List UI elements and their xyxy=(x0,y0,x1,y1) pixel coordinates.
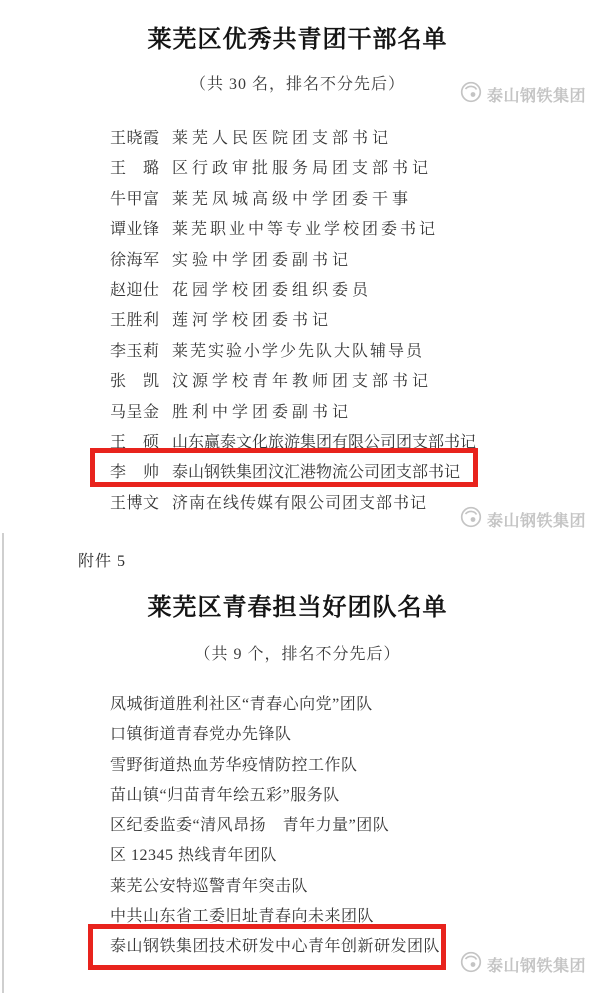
cadre-row: 赵迎仕花园学校团委组织委员 xyxy=(110,276,476,306)
cadre-title: 莱芜实验小学少先队大队辅导员 xyxy=(172,343,424,360)
cadre-title: 山东赢泰文化旅游集团有限公司团支部书记 xyxy=(172,434,476,451)
cadre-title: 实验中学团委副书记 xyxy=(172,252,352,269)
team-row: 雪野街道热血芳华疫情防控工作队 xyxy=(110,751,440,781)
cadre-title: 莱芜凤城高级中学团委干事 xyxy=(172,191,412,208)
cadre-title: 莲河学校团委书记 xyxy=(172,312,332,329)
cadre-name: 王胜利 xyxy=(110,306,159,336)
team-row-highlighted: 泰山钢铁集团技术研发中心青年创新研发团队 xyxy=(110,932,440,962)
cadre-list: 王晓霞莱芜人民医院团支部书记 王 璐区行政审批服务局团支部书记 牛甲富莱芜凤城高… xyxy=(110,124,476,519)
cadre-row: 王胜利莲河学校团委书记 xyxy=(110,306,476,336)
team-row: 区 12345 热线青年团队 xyxy=(110,841,440,871)
cadre-title: 济南在线传媒有限公司团支部书记 xyxy=(172,495,427,512)
team-row: 区纪委监委“清风昂扬 青年力量”团队 xyxy=(110,811,440,841)
watermark-top: 泰山钢铁集团 xyxy=(460,81,586,108)
cadre-row: 王 硕山东赢泰文化旅游集团有限公司团支部书记 xyxy=(110,428,476,458)
cadre-name: 王 璐 xyxy=(110,154,159,184)
cadre-row: 王晓霞莱芜人民医院团支部书记 xyxy=(110,124,476,154)
cadre-row: 牛甲富莱芜凤城高级中学团委干事 xyxy=(110,185,476,215)
taishan-logo-icon xyxy=(460,81,482,108)
cadre-title: 莱芜人民医院团支部书记 xyxy=(172,130,392,147)
cadre-name: 王晓霞 xyxy=(110,124,159,154)
cadre-name: 马呈金 xyxy=(110,398,159,428)
cadre-title: 汶源学校青年教师团支部书记 xyxy=(172,373,432,390)
cadre-row: 徐海军实验中学团委副书记 xyxy=(110,246,476,276)
cadre-row: 李玉莉莱芜实验小学少先队大队辅导员 xyxy=(110,337,476,367)
cadre-title: 胜利中学团委副书记 xyxy=(172,404,352,421)
cadre-name: 李 帅 xyxy=(110,458,159,488)
team-row: 莱芜公安特巡警青年突击队 xyxy=(110,872,440,902)
cadre-row: 王 璐区行政审批服务局团支部书记 xyxy=(110,154,476,184)
cadre-name: 徐海军 xyxy=(110,246,159,276)
team-row: 苗山镇“归苗青年绘五彩”服务队 xyxy=(110,781,440,811)
team-row: 中共山东省工委旧址青春向未来团队 xyxy=(110,902,440,932)
cadre-title: 泰山钢铁集团汶汇港物流公司团支部书记 xyxy=(172,464,460,481)
team-row: 凤城街道胜利社区“青春心向党”团队 xyxy=(110,690,440,720)
watermark-bottom: 泰山钢铁集团 xyxy=(460,951,586,978)
cadre-name: 牛甲富 xyxy=(110,185,159,215)
taishan-logo-icon xyxy=(460,951,482,978)
section1-title: 莱芜区优秀共青团干部名单 xyxy=(0,24,595,56)
cadre-name: 王 硕 xyxy=(110,428,159,458)
team-list: 凤城街道胜利社区“青春心向党”团队 口镇街道青春党办先锋队 雪野街道热血芳华疫情… xyxy=(110,690,440,963)
taishan-logo-icon xyxy=(460,506,482,533)
attachment-label: 附件 5 xyxy=(78,548,126,571)
watermark-text: 泰山钢铁集团 xyxy=(487,83,586,106)
cadre-title: 花园学校团委组织委员 xyxy=(172,282,372,299)
watermark-text: 泰山钢铁集团 xyxy=(487,953,586,976)
cadre-name: 谭业锋 xyxy=(110,215,159,245)
cadre-row-highlighted: 李 帅泰山钢铁集团汶汇港物流公司团支部书记 xyxy=(110,458,476,488)
cadre-name: 张 凯 xyxy=(110,367,159,397)
section2-title: 莱芜区青春担当好团队名单 xyxy=(0,592,595,624)
cadre-title: 莱芜职业中等专业学校团委书记 xyxy=(172,221,438,238)
cadre-row: 马呈金胜利中学团委副书记 xyxy=(110,398,476,428)
watermark-middle: 泰山钢铁集团 xyxy=(460,506,586,533)
document-page: 莱芜区优秀共青团干部名单 （共 30 名，排名不分先后） 泰山钢铁集团 王晓霞莱… xyxy=(0,0,595,993)
cadre-title: 区行政审批服务局团支部书记 xyxy=(172,160,432,177)
cadre-row: 王博文济南在线传媒有限公司团支部书记 xyxy=(110,489,476,519)
watermark-text: 泰山钢铁集团 xyxy=(487,508,586,531)
section2-subtitle: （共 9 个，排名不分先后） xyxy=(0,643,595,667)
cadre-name: 王博文 xyxy=(110,489,159,519)
cadre-name: 赵迎仕 xyxy=(110,276,159,306)
cadre-name: 李玉莉 xyxy=(110,337,159,367)
cadre-row: 谭业锋莱芜职业中等专业学校团委书记 xyxy=(110,215,476,245)
cadre-row: 张 凯汶源学校青年教师团支部书记 xyxy=(110,367,476,397)
team-row: 口镇街道青春党办先锋队 xyxy=(110,720,440,750)
